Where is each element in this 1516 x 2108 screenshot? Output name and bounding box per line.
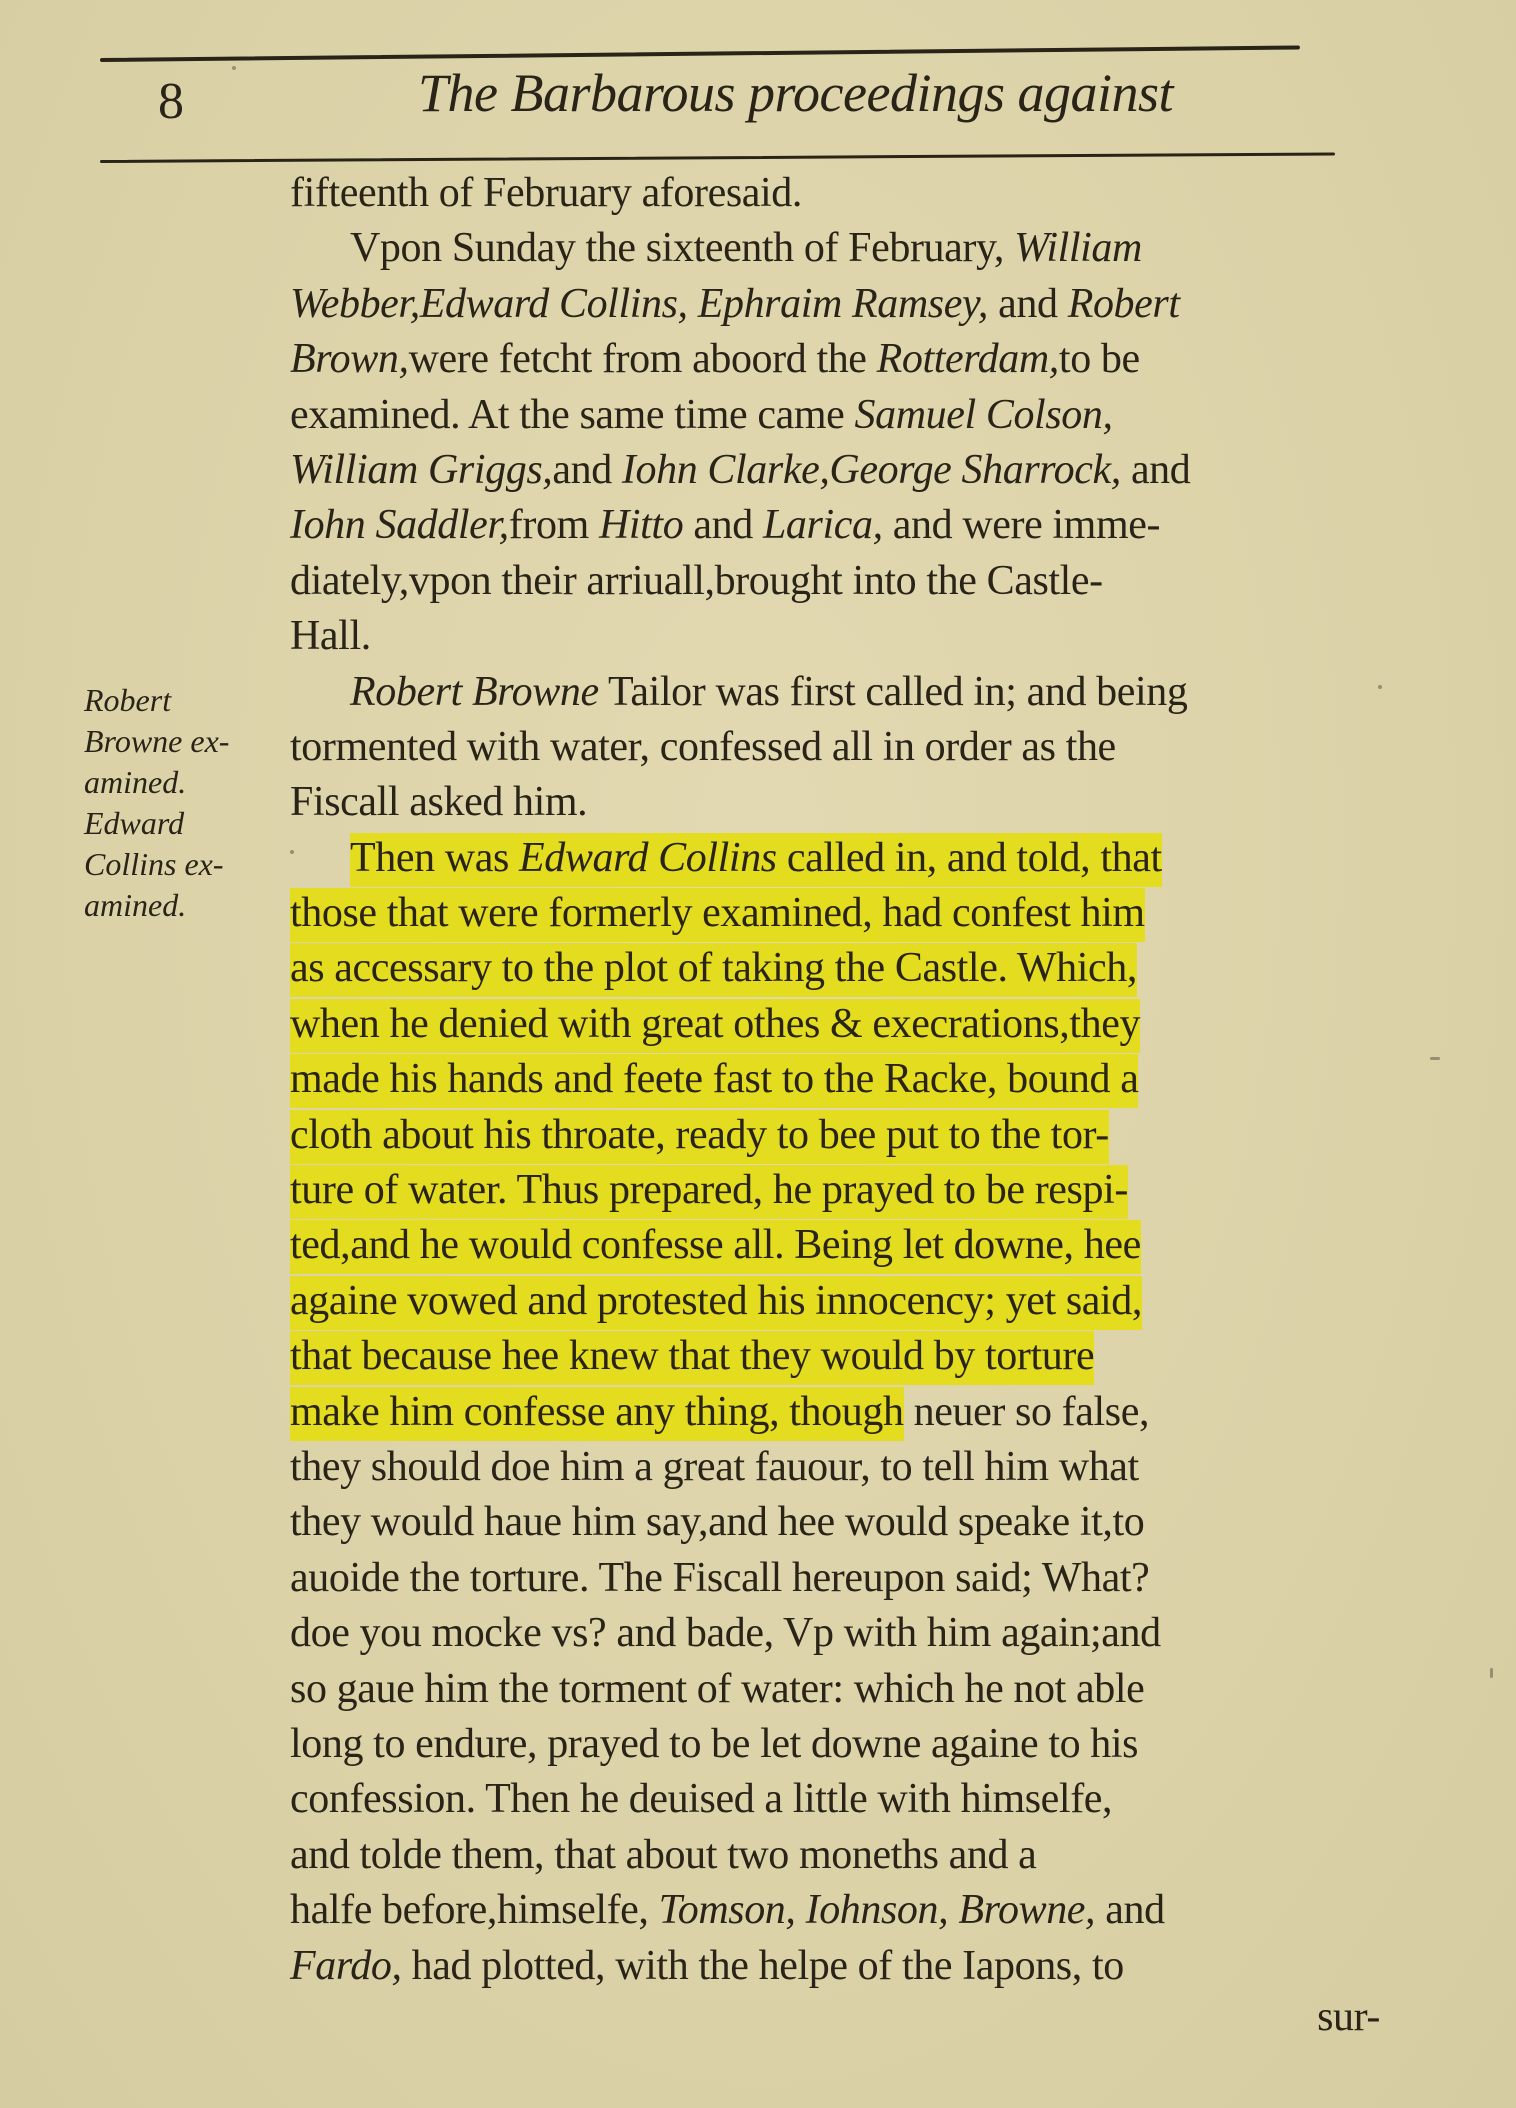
- text-line: they should doe him a great fauour, to t…: [290, 1440, 1380, 1495]
- italic-name: Larica,: [763, 502, 883, 548]
- text-line: tormented with water, confessed all in o…: [290, 720, 1380, 775]
- catchword: sur-: [290, 1990, 1380, 2045]
- text-line: halfe before,himselfe, Tomson, Iohnson, …: [290, 1883, 1380, 1938]
- running-title: The Barbarous proceedings against: [418, 62, 1173, 124]
- highlighted-text: when he denied with great othes & execra…: [290, 999, 1140, 1053]
- text-segment: examined. At the same time came: [290, 392, 855, 438]
- highlighted-text: ture of water. Thus prepared, he prayed …: [290, 1165, 1128, 1219]
- highlighted-text: make him confesse any thing, though: [290, 1387, 904, 1441]
- text-line: Fiscall asked him.: [290, 775, 1380, 830]
- text-line: long to endure, prayed to be let downe a…: [290, 1717, 1380, 1772]
- italic-name: Robert: [1068, 281, 1180, 327]
- text-segment: and were imme-: [883, 502, 1160, 548]
- text-line: confession. Then he deuised a little wit…: [290, 1772, 1380, 1827]
- text-segment: long to endure, prayed to be let downe a…: [290, 1721, 1138, 1767]
- text-segment: to be: [1059, 336, 1140, 382]
- italic-name: Hitto: [599, 502, 683, 548]
- margin-note-line: Robert: [84, 680, 284, 721]
- text-line: Fardo, had plotted, with the helpe of th…: [290, 1939, 1380, 1994]
- text-line: examined. At the same time came Samuel C…: [290, 388, 1380, 443]
- highlighted-text: those that were formerly examined, had c…: [290, 888, 1145, 942]
- text-segment: and: [683, 502, 763, 548]
- highlighted-text: as accessary to the plot of taking the C…: [290, 943, 1137, 997]
- text-line: and tolde them, that about two moneths a…: [290, 1828, 1380, 1883]
- margin-note-line: Collins ex-: [84, 844, 284, 885]
- text-segment: confession. Then he deuised a little wit…: [290, 1776, 1112, 1822]
- text-segment: and: [552, 447, 622, 493]
- text-line: make him confesse any thing, though neue…: [290, 1385, 1380, 1440]
- margin-note-line: amined.: [84, 885, 284, 926]
- italic-name: Webber,Edward Collins, Ephraim Ramsey,: [290, 281, 988, 327]
- text-line: as accessary to the plot of taking the C…: [290, 941, 1380, 996]
- text-line: that because hee knew that they would by…: [290, 1329, 1380, 1384]
- text-segment: and: [988, 281, 1068, 327]
- text-line: Then was Edward Collins called in, and t…: [290, 831, 1380, 886]
- text-line: Robert Browne Tailor was first called in…: [290, 665, 1380, 720]
- text-segment: Tailor was first called in; and being: [599, 669, 1188, 715]
- text-line: ted,and he would confesse all. Being let…: [290, 1218, 1380, 1273]
- text-segment: fifteenth of February aforesaid.: [290, 170, 802, 216]
- text-line: againe vowed and protested his innocency…: [290, 1274, 1380, 1329]
- text-segment: Hall.: [290, 613, 371, 659]
- catchword-block: sur-: [290, 1990, 1380, 2045]
- text-segment: had plotted, with the helpe of the Iapon…: [402, 1943, 1124, 1989]
- text-segment: Vpon Sunday the sixteenth of February,: [350, 225, 1014, 271]
- header-rule-top: [100, 45, 1300, 62]
- highlighted-text: ted,and he would confesse all. Being let…: [290, 1220, 1141, 1274]
- italic-name: William Griggs,: [290, 447, 552, 493]
- text-line: they would haue him say,and hee would sp…: [290, 1495, 1380, 1550]
- italic-name: Fardo,: [290, 1943, 402, 1989]
- text-segment: they would haue him say,and hee would sp…: [290, 1499, 1144, 1545]
- text-line: made his hands and feete fast to the Rac…: [290, 1052, 1380, 1107]
- highlighted-text: cloth about his throate, ready to bee pu…: [290, 1110, 1109, 1164]
- ink-speck: [232, 66, 236, 70]
- text-segment: neuer so false,: [904, 1389, 1150, 1435]
- ink-speck: [1490, 1668, 1493, 1678]
- text-segment: and: [1095, 1887, 1165, 1933]
- italic-name: Rotterdam,: [877, 336, 1059, 382]
- highlighted-text: called in, and told, that: [777, 833, 1162, 887]
- highlighted-text: that because hee knew that they would by…: [290, 1331, 1094, 1385]
- margin-note-line: amined.: [84, 762, 284, 803]
- margin-note-line: Browne ex-: [84, 721, 284, 762]
- text-segment: were fetcht from aboord the: [409, 336, 877, 382]
- text-line: fifteenth of February aforesaid.: [290, 166, 1380, 221]
- text-segment: they should doe him a great fauour, to t…: [290, 1444, 1139, 1490]
- text-line: those that were formerly examined, had c…: [290, 886, 1380, 941]
- margin-notes: Robert Browne ex- amined. Edward Collins…: [84, 680, 284, 926]
- text-line: Iohn Saddler,from Hitto and Larica, and …: [290, 498, 1380, 553]
- text-segment: from: [509, 502, 599, 548]
- text-segment: diately,vpon their arriuall,brought into…: [290, 558, 1103, 604]
- text-line: cloth about his throate, ready to bee pu…: [290, 1108, 1380, 1163]
- highlighted-text: againe vowed and protested his innocency…: [290, 1276, 1142, 1330]
- highlighted-text: Then was: [350, 833, 519, 887]
- text-line: when he denied with great othes & execra…: [290, 997, 1380, 1052]
- text-segment: halfe before,himselfe,: [290, 1887, 659, 1933]
- text-line: diately,vpon their arriuall,brought into…: [290, 554, 1380, 609]
- highlighted-text: Edward Collins: [519, 833, 777, 887]
- text-segment: tormented with water, confessed all in o…: [290, 724, 1116, 770]
- ink-speck: [1378, 685, 1382, 689]
- text-segment: and: [1121, 447, 1191, 493]
- italic-name: Iohn Clarke,George Sharrock,: [622, 447, 1121, 493]
- text-segment: Fiscall asked him.: [290, 779, 587, 825]
- header-rule-bottom: [100, 152, 1335, 163]
- text-line: auoide the torture. The Fiscall hereupon…: [290, 1551, 1380, 1606]
- text-segment: and tolde them, that about two moneths a…: [290, 1832, 1036, 1878]
- text-line: Webber,Edward Collins, Ephraim Ramsey, a…: [290, 277, 1380, 332]
- italic-name: Samuel Colson,: [855, 392, 1113, 438]
- italic-name: Iohn Saddler,: [290, 502, 509, 548]
- text-segment: so gaue him the torment of water: which …: [290, 1666, 1144, 1712]
- text-line: doe you mocke vs? and bade, Vp with him …: [290, 1606, 1380, 1661]
- highlighted-text: made his hands and feete fast to the Rac…: [290, 1054, 1138, 1108]
- italic-name: Robert Browne: [350, 669, 599, 715]
- page-number: 8: [158, 76, 184, 128]
- text-line: Hall.: [290, 609, 1380, 664]
- ink-speck: [290, 850, 294, 854]
- text-line: ture of water. Thus prepared, he prayed …: [290, 1163, 1380, 1218]
- text-line: Vpon Sunday the sixteenth of February, W…: [290, 221, 1380, 276]
- text-segment: doe you mocke vs? and bade, Vp with him …: [290, 1610, 1161, 1656]
- italic-name: Tomson, Iohnson, Browne,: [659, 1887, 1096, 1933]
- italic-name: Brown,: [290, 336, 409, 382]
- text-line: William Griggs,and Iohn Clarke,George Sh…: [290, 443, 1380, 498]
- body-text: fifteenth of February aforesaid.Vpon Sun…: [290, 166, 1380, 1994]
- margin-note-line: Edward: [84, 803, 284, 844]
- italic-name: William: [1014, 225, 1142, 271]
- text-line: Brown,were fetcht from aboord the Rotter…: [290, 332, 1380, 387]
- text-segment: auoide the torture. The Fiscall hereupon…: [290, 1555, 1149, 1601]
- ink-speck: [1430, 1057, 1440, 1060]
- text-line: so gaue him the torment of water: which …: [290, 1662, 1380, 1717]
